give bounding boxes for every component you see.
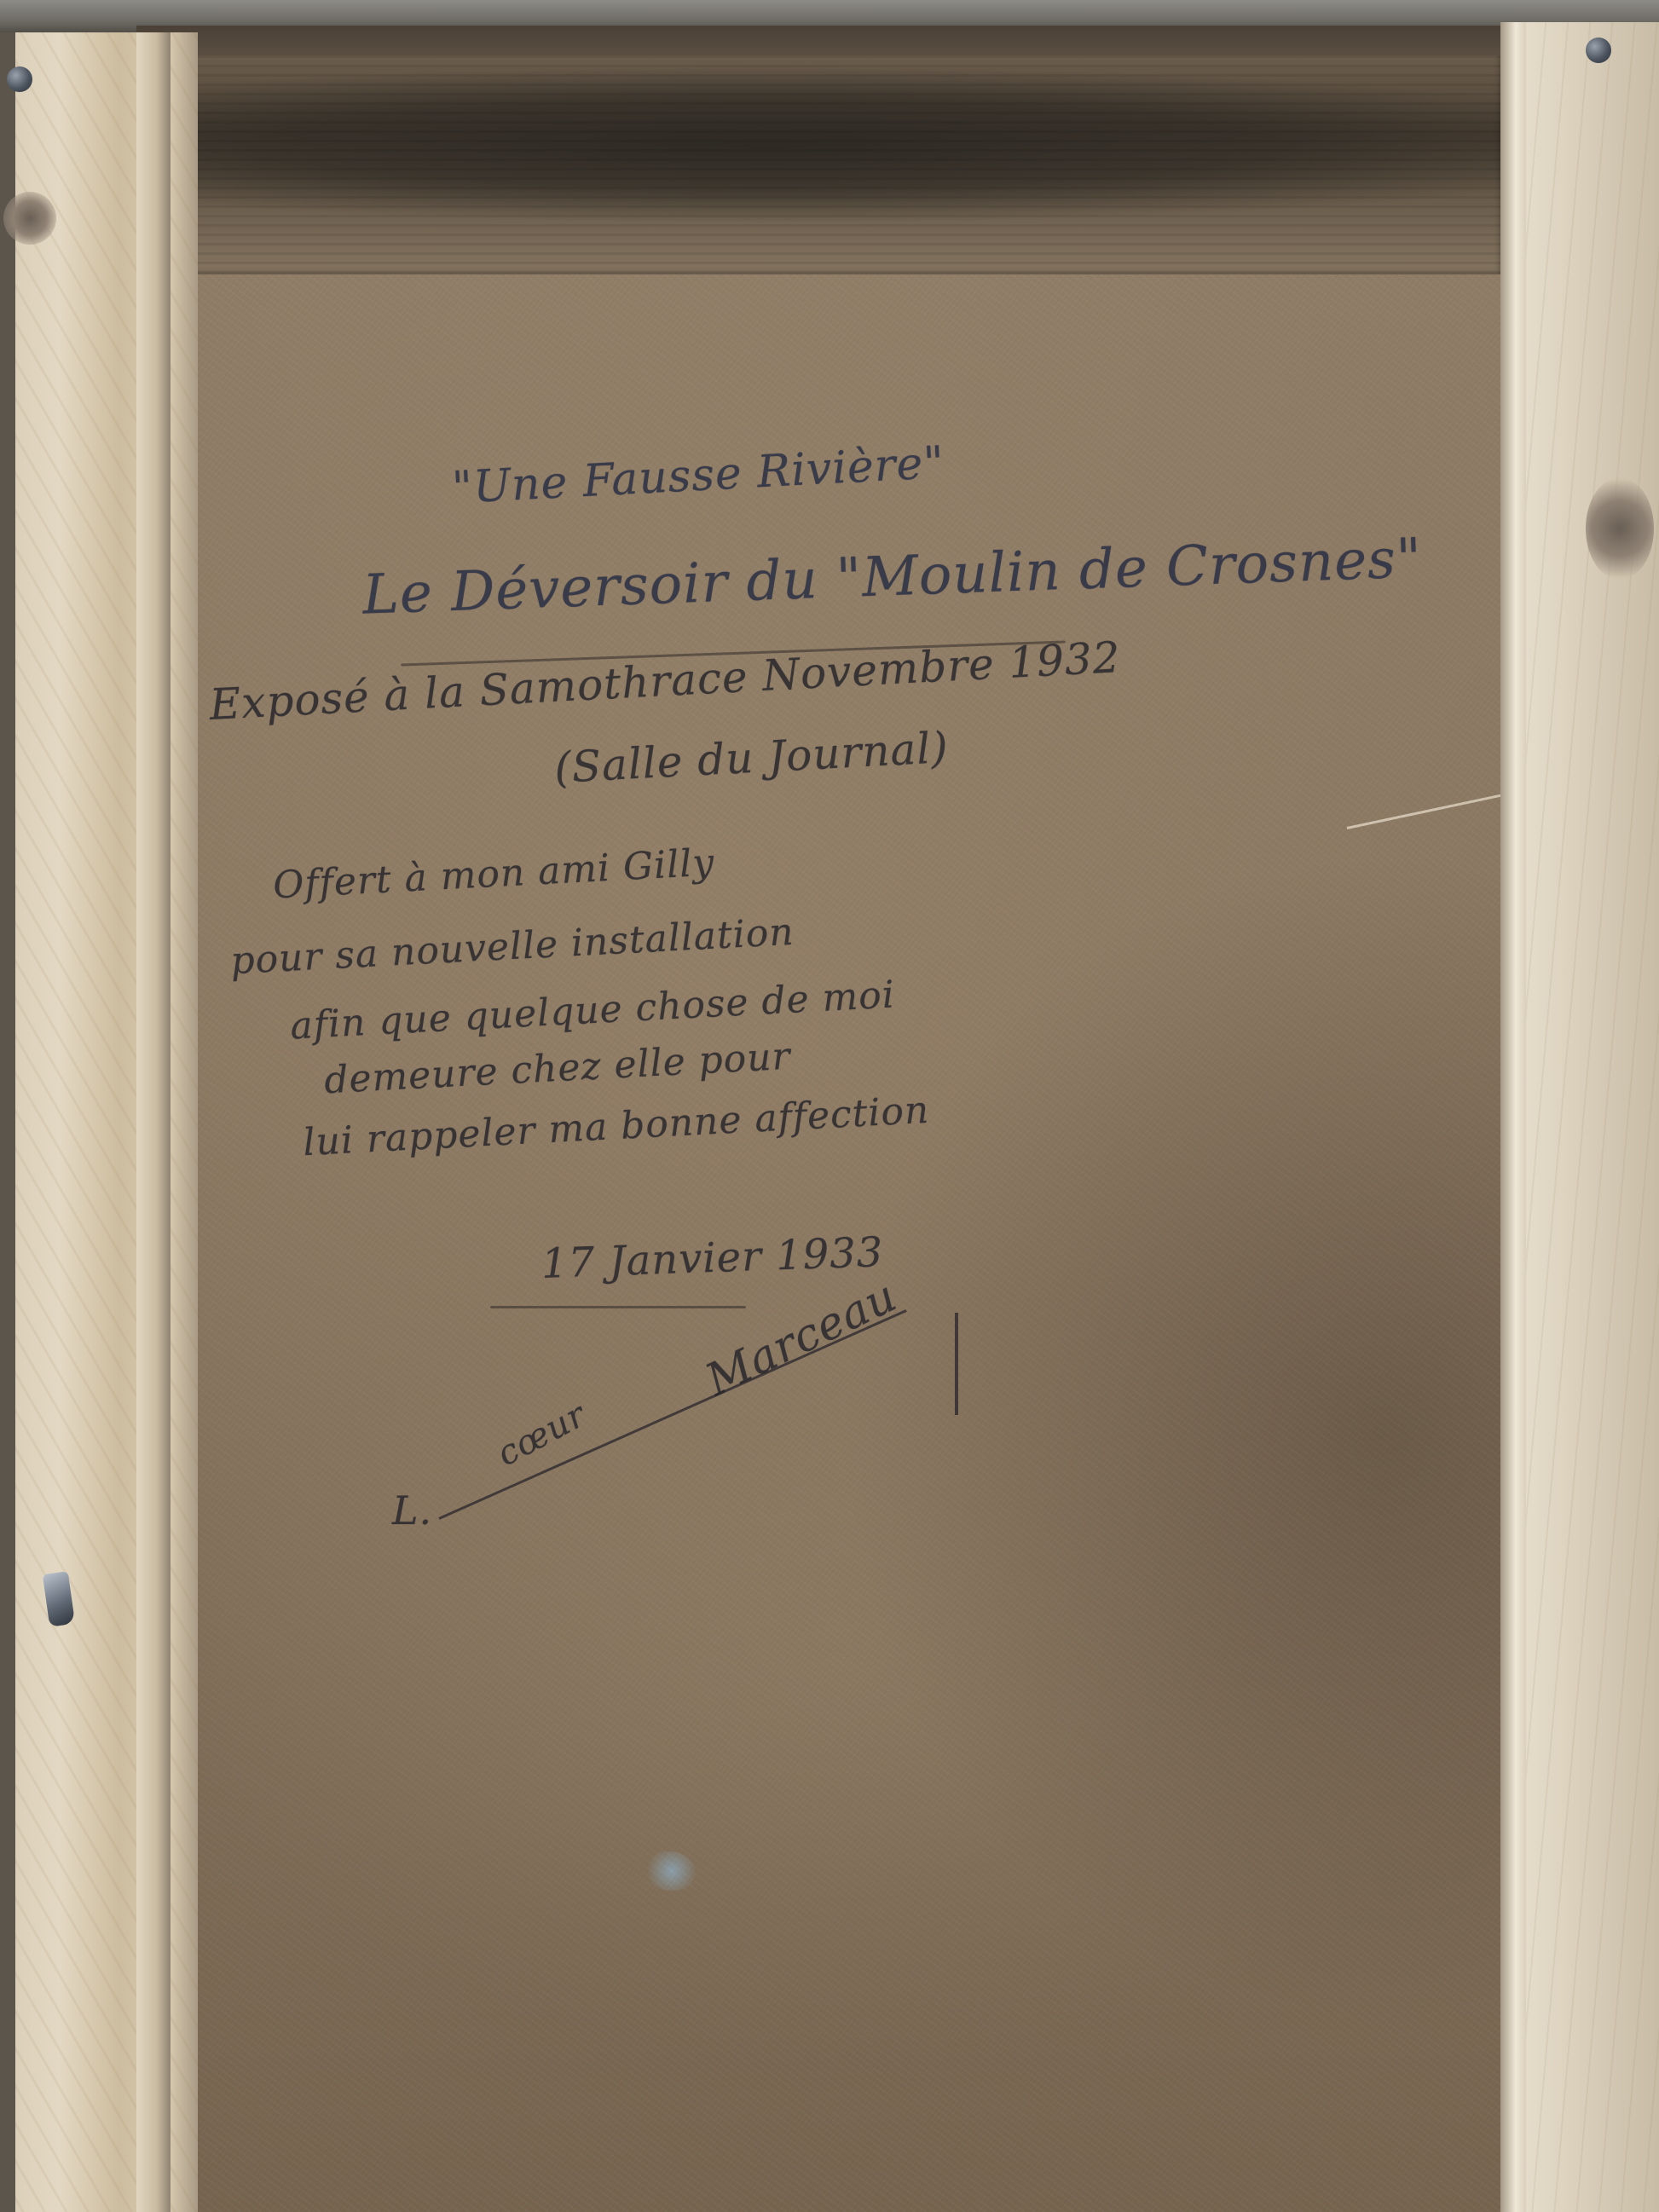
nail-head <box>7 66 32 92</box>
right-stretcher-bevel <box>1500 22 1526 2212</box>
painting-back-photo: "Une Fausse Rivière" Le Déversoir du "Mo… <box>0 0 1659 2212</box>
frame-rebate <box>136 26 1517 60</box>
wood-knot <box>3 192 56 245</box>
top-stretcher-bar <box>166 55 1500 279</box>
wood-knot <box>1586 477 1654 580</box>
paint-speck <box>648 1851 696 1891</box>
panel-tear <box>1347 791 1514 829</box>
signature-flourish <box>955 1313 958 1415</box>
signature-initial: L. <box>392 1487 432 1533</box>
date-underline <box>490 1306 746 1308</box>
nail-head <box>1586 38 1611 63</box>
left-stretcher-bevel <box>136 32 171 2212</box>
